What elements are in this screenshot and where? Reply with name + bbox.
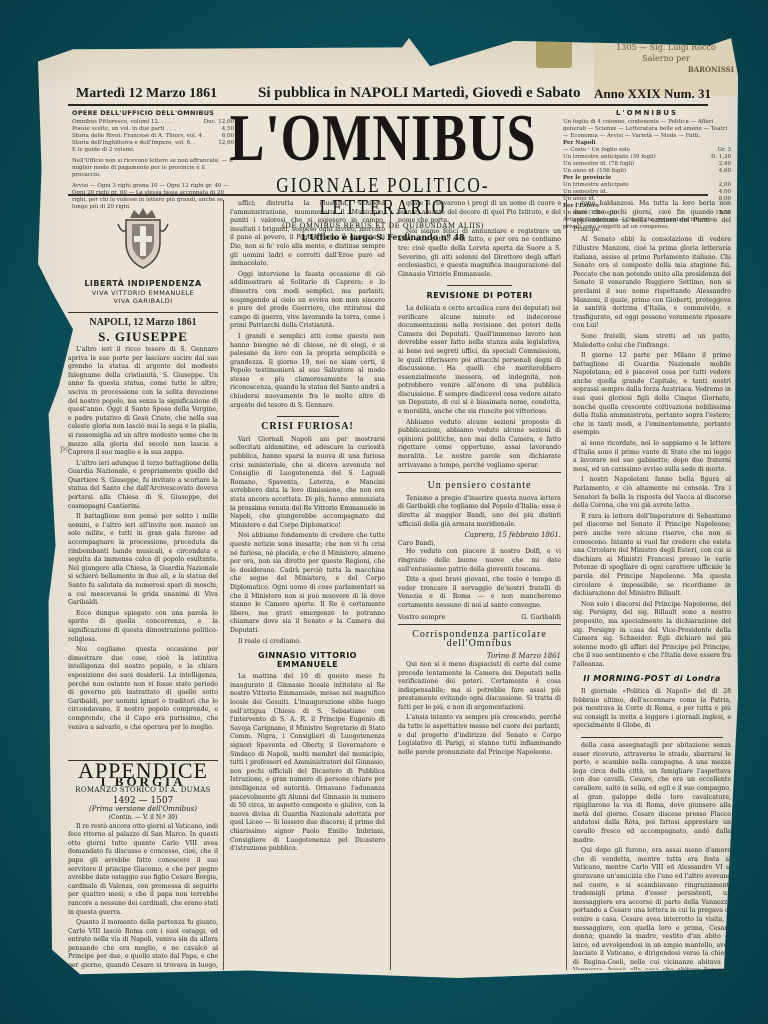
garibaldi-letter-box: Un pensiero costante Teniamo a pregio d'… (398, 472, 561, 625)
paragraph: Il giornale «Politica di Napoli» del dì … (573, 688, 731, 731)
paragraph: Vari Giornali Napoli ani per mostrarsi s… (230, 436, 385, 531)
subscription-price: 2,40 (719, 161, 731, 168)
paragraph: È rara la lettera dell'Imperatore di Seb… (573, 513, 731, 599)
paragraph: Sono fratelli, siam stretti ad un patto,… (573, 333, 731, 350)
paragraph: Quanto il momento della partenza fu giun… (68, 919, 218, 971)
appendice-header: APPENDICE I BORGIA ROMANZO STORICO DI A.… (68, 767, 218, 823)
postage-stamp (536, 38, 572, 68)
column-3: quale si rilevarono i pregi di un uomo d… (398, 200, 561, 970)
subscription-item: Un trimestre anticipato (39 fogli) (563, 154, 656, 161)
letter-closing: Vostro sempre (398, 613, 446, 622)
article-heading-revisione: REVISIONE DI POTERI (398, 292, 561, 301)
paragraph: Noi abbiamo fondamento di credere che tu… (230, 532, 385, 635)
column-divider (223, 200, 224, 970)
subscription-heading: L'OMNIBUS (563, 110, 731, 117)
paragraph: I nostri Napoletani fanno bella figura a… (573, 476, 731, 510)
subscription-price: 4,00 (719, 189, 731, 196)
subscription-intro: Un foglio di 4 colonne, contenente — Pol… (563, 119, 731, 140)
paragraph: quale si rilevarono i pregi di un uomo d… (398, 200, 561, 226)
article-heading-s-giuseppe: S. GIUSEPPE (68, 333, 218, 342)
subscription-row: — Costo · Un foglio soloGr. 3 (563, 147, 731, 154)
issue-date: Martedì 12 Marzo 1861 (76, 86, 217, 102)
paragraph: La mattina del 10 di questo mese fu inau… (230, 673, 385, 853)
novel-continuation: (Contin. — V. il N.º 30) (68, 814, 218, 823)
subscription-price: 2,00 (719, 182, 731, 189)
letter-date: Caprera, 15 febbraio 1861. (398, 531, 561, 540)
subscription-price: 4,60 (719, 168, 731, 175)
article-heading-pensiero: Un pensiero costante (398, 482, 561, 491)
paragraph: Il battaglione non pensò per solito i mi… (68, 513, 218, 608)
subscription-region: Per Napoli (563, 140, 596, 146)
motto-line-3: VIVA GARIBALDI (68, 297, 218, 306)
column-divider (390, 200, 391, 970)
letter-salutation: Caro Bandi, (398, 540, 561, 549)
article-body-s-giuseppe: L'altro ieri il ricco tesoro di S. Genna… (68, 346, 218, 732)
paragraph: Qui dopo gli furono, era assai meno d'am… (573, 847, 731, 970)
pencil-annotation: po (60, 444, 70, 453)
subscription-item: Un semestre id. (78 fogli) (563, 161, 634, 168)
motto-line-2: VIVA VITTORIO EMMANUELE (68, 289, 218, 298)
column-2: uffici; distrutta la giustizia, sciupata… (230, 200, 385, 970)
subscription-item: Un anno id. (156 fogli) (563, 168, 626, 175)
paragraph: ai sono ricordate, noi lo sappiamo e le … (573, 440, 731, 474)
subscription-row: Un trimestre anticipato2,00 (563, 182, 731, 189)
article-heading-corrispondenza: Corrispondenza particolare dell'Omnibus (398, 631, 561, 648)
column-divider (566, 200, 567, 970)
subscription-price: Gr. 3 (718, 147, 731, 154)
savoy-crest-icon (108, 204, 178, 274)
column-4: rono baldanzosi. Ma tutta la loro boria … (573, 200, 731, 970)
price-label: Omnibus Pittoresco, volumi 12. . . . . (72, 119, 174, 126)
address-line-3: BARONISSI (598, 64, 734, 75)
appendice-body: Il re restò ancora otto giorni al Vatica… (68, 823, 218, 971)
paragraph: Noi cogliamo questa occasione per dimost… (68, 646, 218, 732)
letter-signature: G. Garibaldi (521, 613, 561, 622)
subscription-price: D. 1,20 (711, 154, 731, 161)
subscription-item: Un trimestre anticipato (563, 182, 629, 189)
newspaper-page: 1305 — Sig. Luigi Rocco Salerno per BARO… (38, 38, 738, 978)
paragraph: Ecco dunque spiegato con una parola lo s… (68, 610, 218, 644)
paragraph: L'altro ieri il ricco tesoro di S. Genna… (68, 346, 218, 458)
paragraph: rono baldanzosi. Ma tutta la loro boria … (573, 200, 731, 234)
masthead-bottom-rule (68, 194, 708, 196)
article-heading-crisi-furiosa: CRISI FURIOSA! (230, 423, 385, 432)
subscription-row: Un anno id. (156 fogli)4,60 (563, 168, 731, 175)
paragraph: Qui non si è meno dispiaciuti di certe d… (398, 661, 561, 713)
address-line-2: Salerno per (598, 53, 734, 64)
paragraph: La delicata e certo arcadica cura dei de… (398, 305, 561, 417)
paragraph: Il giorno 12 parte per Milano il primo b… (573, 352, 731, 438)
price-label: Poesie scelte, un vol. in due parti . . … (72, 126, 175, 133)
article-heading-ginnasio: GINNASIO VITTORIO EMMANUELE (230, 652, 385, 669)
appendice-section: APPENDICE I BORGIA ROMANZO STORICO DI A.… (68, 760, 218, 971)
dateline: NAPOLI, 12 Marzo 1861 (68, 312, 218, 328)
section-rule (447, 285, 512, 286)
motto-line-1: LIBERTÀ INDIPENDENZA (68, 280, 218, 289)
paragraph: uffici; distrutta la giustizia, sciupata… (230, 200, 385, 269)
issue-number: Anno XXIX Num. 31 (594, 86, 711, 102)
novel-years: 1492 — 1507 (68, 797, 218, 806)
paragraph: della casa assegnatagli per abitazione s… (573, 742, 731, 845)
paragraph: Noi siamo felici di annunziare e registr… (398, 228, 561, 280)
paragraph: L'ansia intanto va sempre più crescendo,… (398, 714, 561, 757)
paragraph: Non solo i discorsi del Principe Napoleo… (573, 601, 731, 670)
subscription-row: Un trimestre anticipato (39 fogli)D. 1,2… (563, 154, 731, 161)
article-heading-morning-post: Il MORNING-POST di Londra (573, 675, 731, 684)
paragraph: I grandi e semplici atti come questo non… (230, 333, 385, 410)
paragraph: L'altro ieri adunque il terzo battaglion… (68, 460, 218, 512)
paragraph: Oggi interviene la fausta occasione di c… (230, 271, 385, 331)
letter-intro: Teniamo a pregio d'inserire questa nuova… (398, 495, 561, 529)
section-rule (581, 737, 723, 738)
letter-paragraph: Ho veduto con piacere il nostro Dolfi, e… (398, 548, 561, 574)
paragraph: Il reale ci crediamo. (230, 638, 385, 647)
subscription-region: Per le provincie (563, 175, 611, 181)
price-label: Storia dell'Inghilterra e dell'Impero, v… (72, 140, 195, 147)
newspaper-title: L'OMNIBUS (217, 108, 550, 168)
subscription-row: Un semestre id. (78 fogli)2,40 (563, 161, 731, 168)
correspondence-dateline: Torino 8 Marzo 1861 (398, 652, 561, 661)
patriotic-motto: LIBERTÀ INDIPENDENZA VIVA VITTORIO EMMAN… (68, 280, 218, 306)
price-label: Storia delle Rivol. Francese di A. Thier… (72, 133, 205, 140)
section-rule (277, 416, 339, 417)
column-1: LIBERTÀ INDIPENDENZA VIVA VITTORIO EMMAN… (68, 200, 218, 760)
novel-version: (Prima versione dell'Omnibus) (68, 805, 218, 814)
subscription-item: — Costo · Un foglio solo (563, 147, 630, 154)
paragraph: Abbiamo veduto alcune sezioni proposte d… (398, 419, 561, 471)
letter-paragraph: Dite a quei bravi giovani, che tosto è t… (398, 576, 561, 610)
paragraph: Al Senato ebbi la consolazione di vedere… (573, 236, 731, 331)
paragraph: Il re restò ancora otto giorni al Vatica… (68, 823, 218, 918)
novel-subtitle: ROMANZO STORICO DI A. DUMAS (68, 786, 218, 795)
